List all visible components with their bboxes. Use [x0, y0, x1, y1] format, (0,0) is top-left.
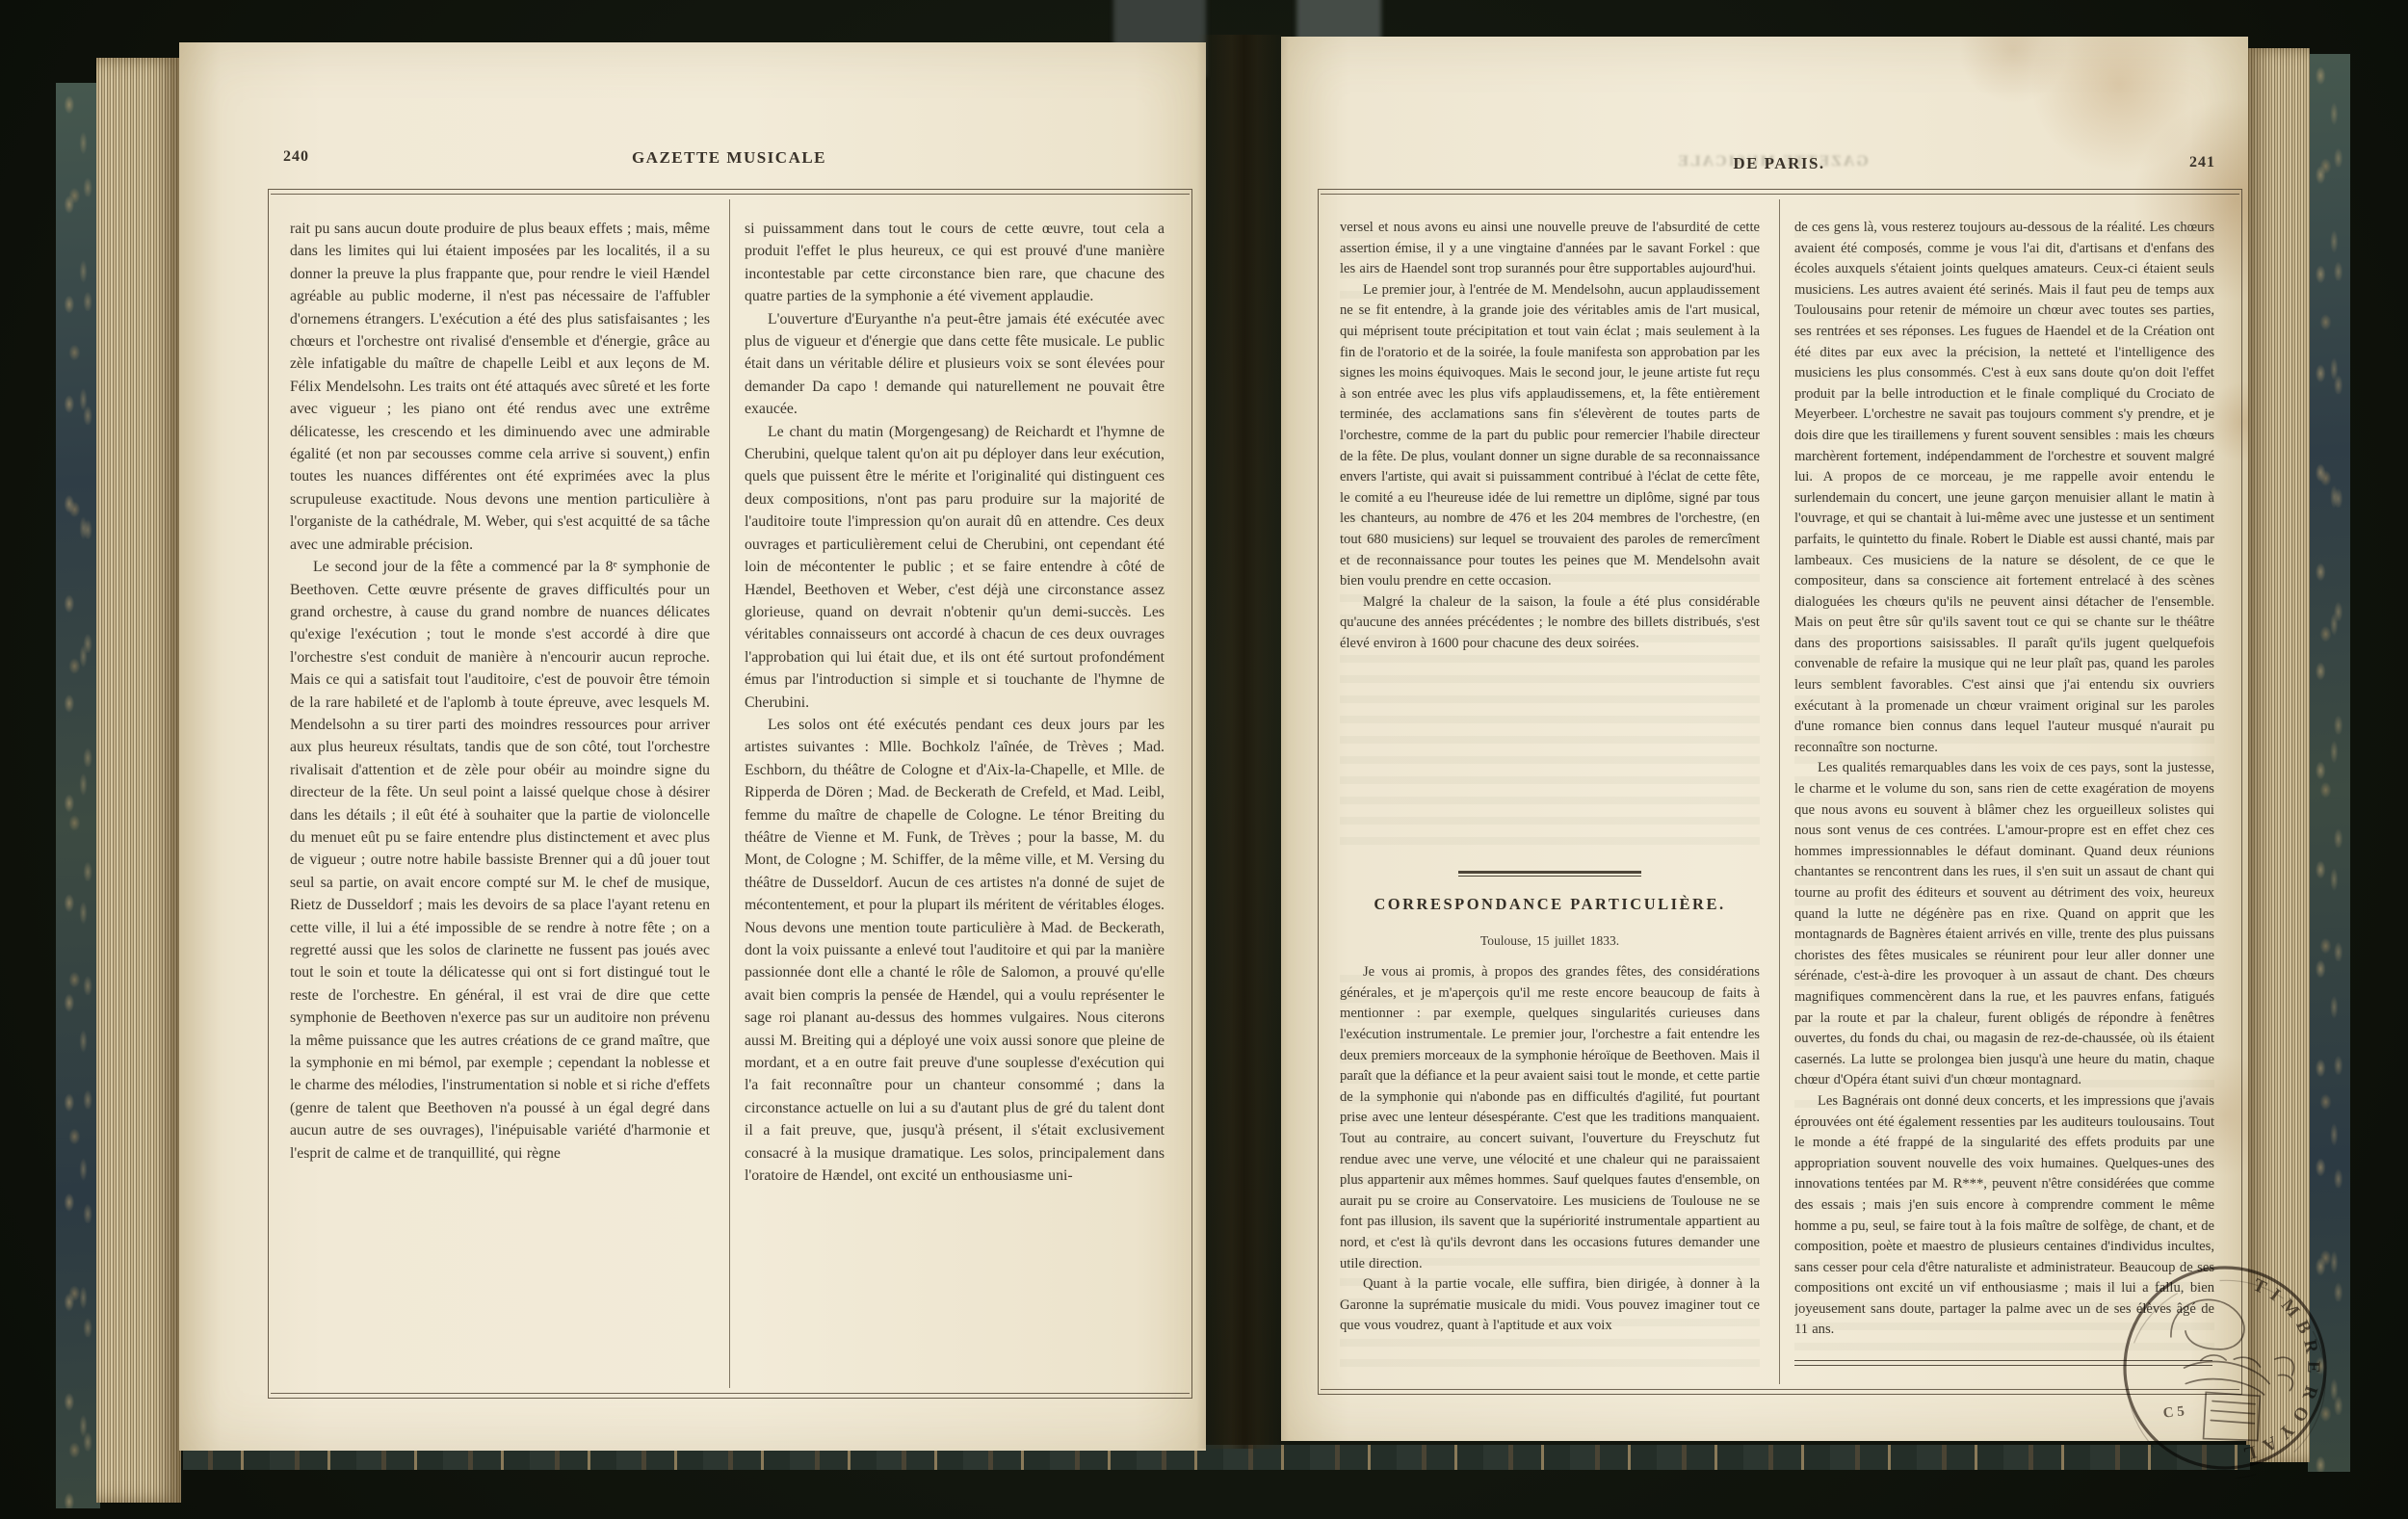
left-page-column-2: si puissamment dans tout le cours de cet…	[745, 218, 1165, 1372]
section-heading: CORRESPONDANCE PARTICULIÈRE.	[1340, 894, 1760, 915]
article-end-text: versel et nous avons eu ainsi une nouvel…	[1340, 218, 1760, 857]
page-edges-right	[2246, 48, 2310, 1462]
correspondence-text: Je vous ai promis, à propos des grandes …	[1340, 962, 1760, 1368]
paragraph: Je vous ai promis, à propos des grandes …	[1340, 962, 1760, 1274]
running-title-gazette: GAZETTE MUSICALE	[632, 148, 826, 167]
section-divider-rule	[1458, 871, 1641, 877]
frame-double-rule-bottom	[271, 1393, 1190, 1394]
dateline: Toulouse, 15 juillet 1833.	[1340, 930, 1760, 952]
paragraph: Les qualités remarquables dans les voix …	[1794, 758, 2214, 1091]
correspondence-text-continued: de ces gens là, vous resterez toujours a…	[1794, 218, 2214, 1352]
timbre-royal-stamp: TIMBRE ROYAL C 5	[2104, 1246, 2347, 1490]
running-head-left: 240 GAZETTE MUSICALE	[268, 148, 1191, 173]
paragraph: de ces gens là, vous resterez toujours a…	[1794, 218, 2214, 758]
text-frame-right: versel et nous avons eu ainsi une nouvel…	[1318, 189, 2242, 1395]
page-edges-left	[96, 58, 181, 1503]
stamp-inner-mark: C 5	[2162, 1403, 2186, 1421]
paragraph: si puissamment dans tout le cours de cet…	[745, 218, 1165, 308]
book-scan: 240 GAZETTE MUSICALE rait pu sans aucun …	[0, 0, 2408, 1519]
frame-double-rule-bottom	[1321, 1389, 2239, 1390]
page-number-240: 240	[283, 148, 309, 166]
book-cover-right	[2308, 54, 2350, 1472]
page-240: 240 GAZETTE MUSICALE rait pu sans aucun …	[179, 42, 1206, 1451]
running-head-right: DE PARIS. 241	[1318, 154, 2240, 179]
paragraph: rait pu sans aucun doute produire de plu…	[290, 218, 710, 556]
paragraph: Le premier jour, à l'entrée de M. Mendel…	[1340, 280, 1760, 592]
column-divider	[1779, 199, 1780, 1384]
right-page-column-2: de ces gens là, vous resterez toujours a…	[1794, 218, 2214, 1368]
book-gutter-shadow	[1196, 35, 1289, 1449]
paragraph: Le second jour de la fête a commencé par…	[290, 556, 710, 1165]
page-241: GAZETTE MUSICALE DE PARIS. 241 versel et…	[1281, 37, 2248, 1441]
page-number-241: 241	[2189, 154, 2215, 171]
right-page-column-1: versel et nous avons eu ainsi une nouvel…	[1340, 218, 1760, 1368]
left-page-column-1: rait pu sans aucun doute produire de plu…	[290, 218, 710, 1372]
book-cover-left	[56, 83, 100, 1508]
paragraph: L'ouverture d'Euryanthe n'a peut-être ja…	[745, 308, 1165, 421]
column-divider	[729, 199, 730, 1388]
paragraph: Les solos ont été exécutés pendant ces d…	[745, 714, 1165, 1188]
paragraph: Quant à la partie vocale, elle suffira, …	[1340, 1274, 1760, 1337]
frame-double-rule-top	[1321, 194, 2239, 195]
running-title-de-paris: DE PARIS.	[1733, 154, 1824, 172]
paragraph: Le chant du matin (Morgengesang) de Reic…	[745, 421, 1165, 714]
frame-double-rule-top	[271, 194, 1190, 195]
paragraph: Malgré la chaleur de la saison, la foule…	[1340, 592, 1760, 655]
paragraph: versel et nous avons eu ainsi une nouvel…	[1340, 218, 1760, 280]
text-frame-left: rait pu sans aucun doute produire de plu…	[268, 189, 1192, 1399]
